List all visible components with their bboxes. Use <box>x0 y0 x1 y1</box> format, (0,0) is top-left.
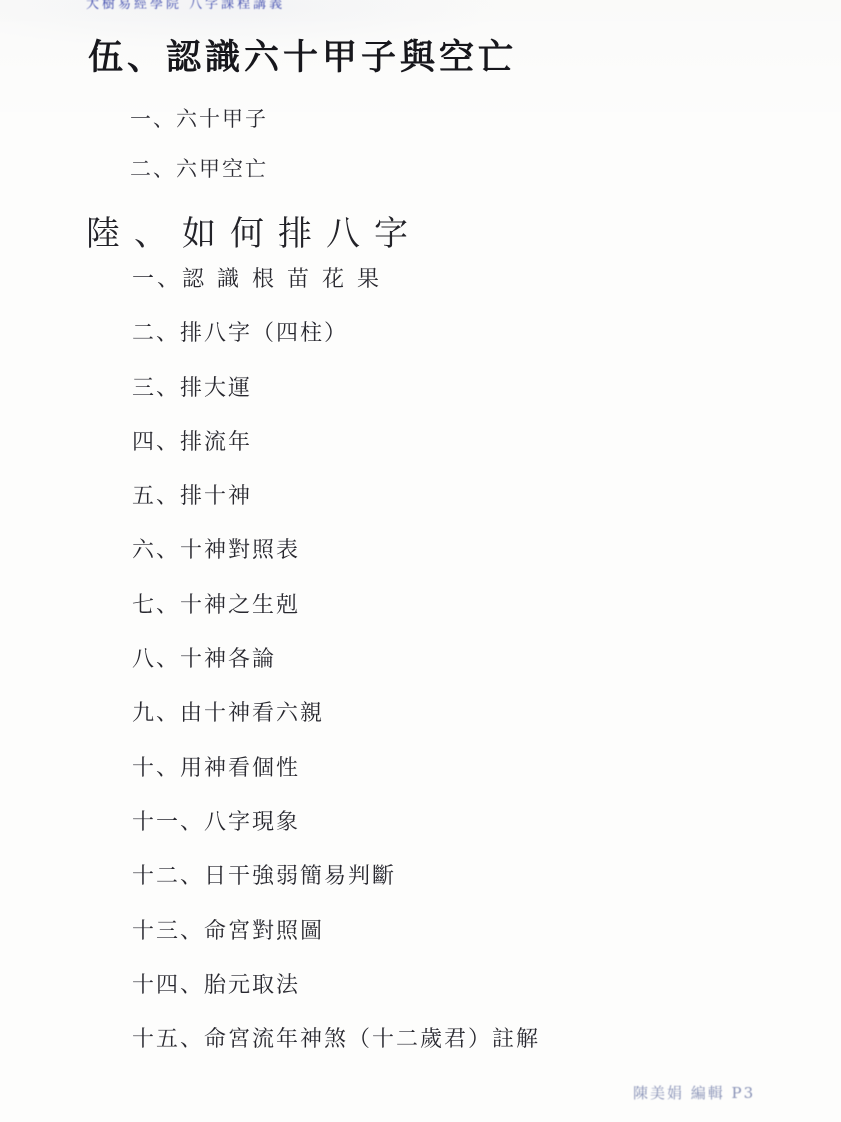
section-heading-6: 陸、如何排八字 <box>86 206 422 255</box>
toc-item: 三、排大運 <box>132 371 540 425</box>
toc-item: 八、十神各論 <box>132 642 540 696</box>
toc-item: 十二、日干強弱簡易判斷 <box>132 859 540 913</box>
toc-item: 一、六十甲子 <box>130 103 268 153</box>
toc-item: 二、排八字（四柱） <box>132 316 540 370</box>
section-6-items: 一、認 識 根 苗 花 果 二、排八字（四柱） 三、排大運 四、排流年 五、排十… <box>132 262 540 1076</box>
toc-item: 十四、胎元取法 <box>132 968 540 1022</box>
toc-item: 七、十神之生剋 <box>132 588 540 642</box>
section-heading-5: 伍、認識六十甲子與空亡 <box>88 30 517 80</box>
toc-item: 十五、命宮流年神煞（十二歲君）註解 <box>132 1022 540 1076</box>
toc-item: 十、用神看個性 <box>132 751 540 805</box>
page-header-note: 大樹易經學院 八字課程講義 <box>86 0 285 12</box>
toc-item: 六、十神對照表 <box>132 533 540 587</box>
toc-item: 十三、命宮對照圖 <box>132 914 540 968</box>
toc-item: 十一、八字現象 <box>132 805 540 859</box>
toc-item: 九、由十神看六親 <box>132 696 540 750</box>
toc-item: 四、排流年 <box>132 425 540 479</box>
toc-item: 二、六甲空亡 <box>130 153 268 203</box>
toc-item: 一、認 識 根 苗 花 果 <box>132 262 540 316</box>
page-footer-editor-credit: 陳美娟 編輯 P3 <box>633 1082 755 1103</box>
section-5-items: 一、六十甲子 二、六甲空亡 <box>130 103 268 203</box>
document-page: 大樹易經學院 八字課程講義 伍、認識六十甲子與空亡 一、六十甲子 二、六甲空亡 … <box>0 0 841 1122</box>
toc-item: 五、排十神 <box>132 479 540 533</box>
